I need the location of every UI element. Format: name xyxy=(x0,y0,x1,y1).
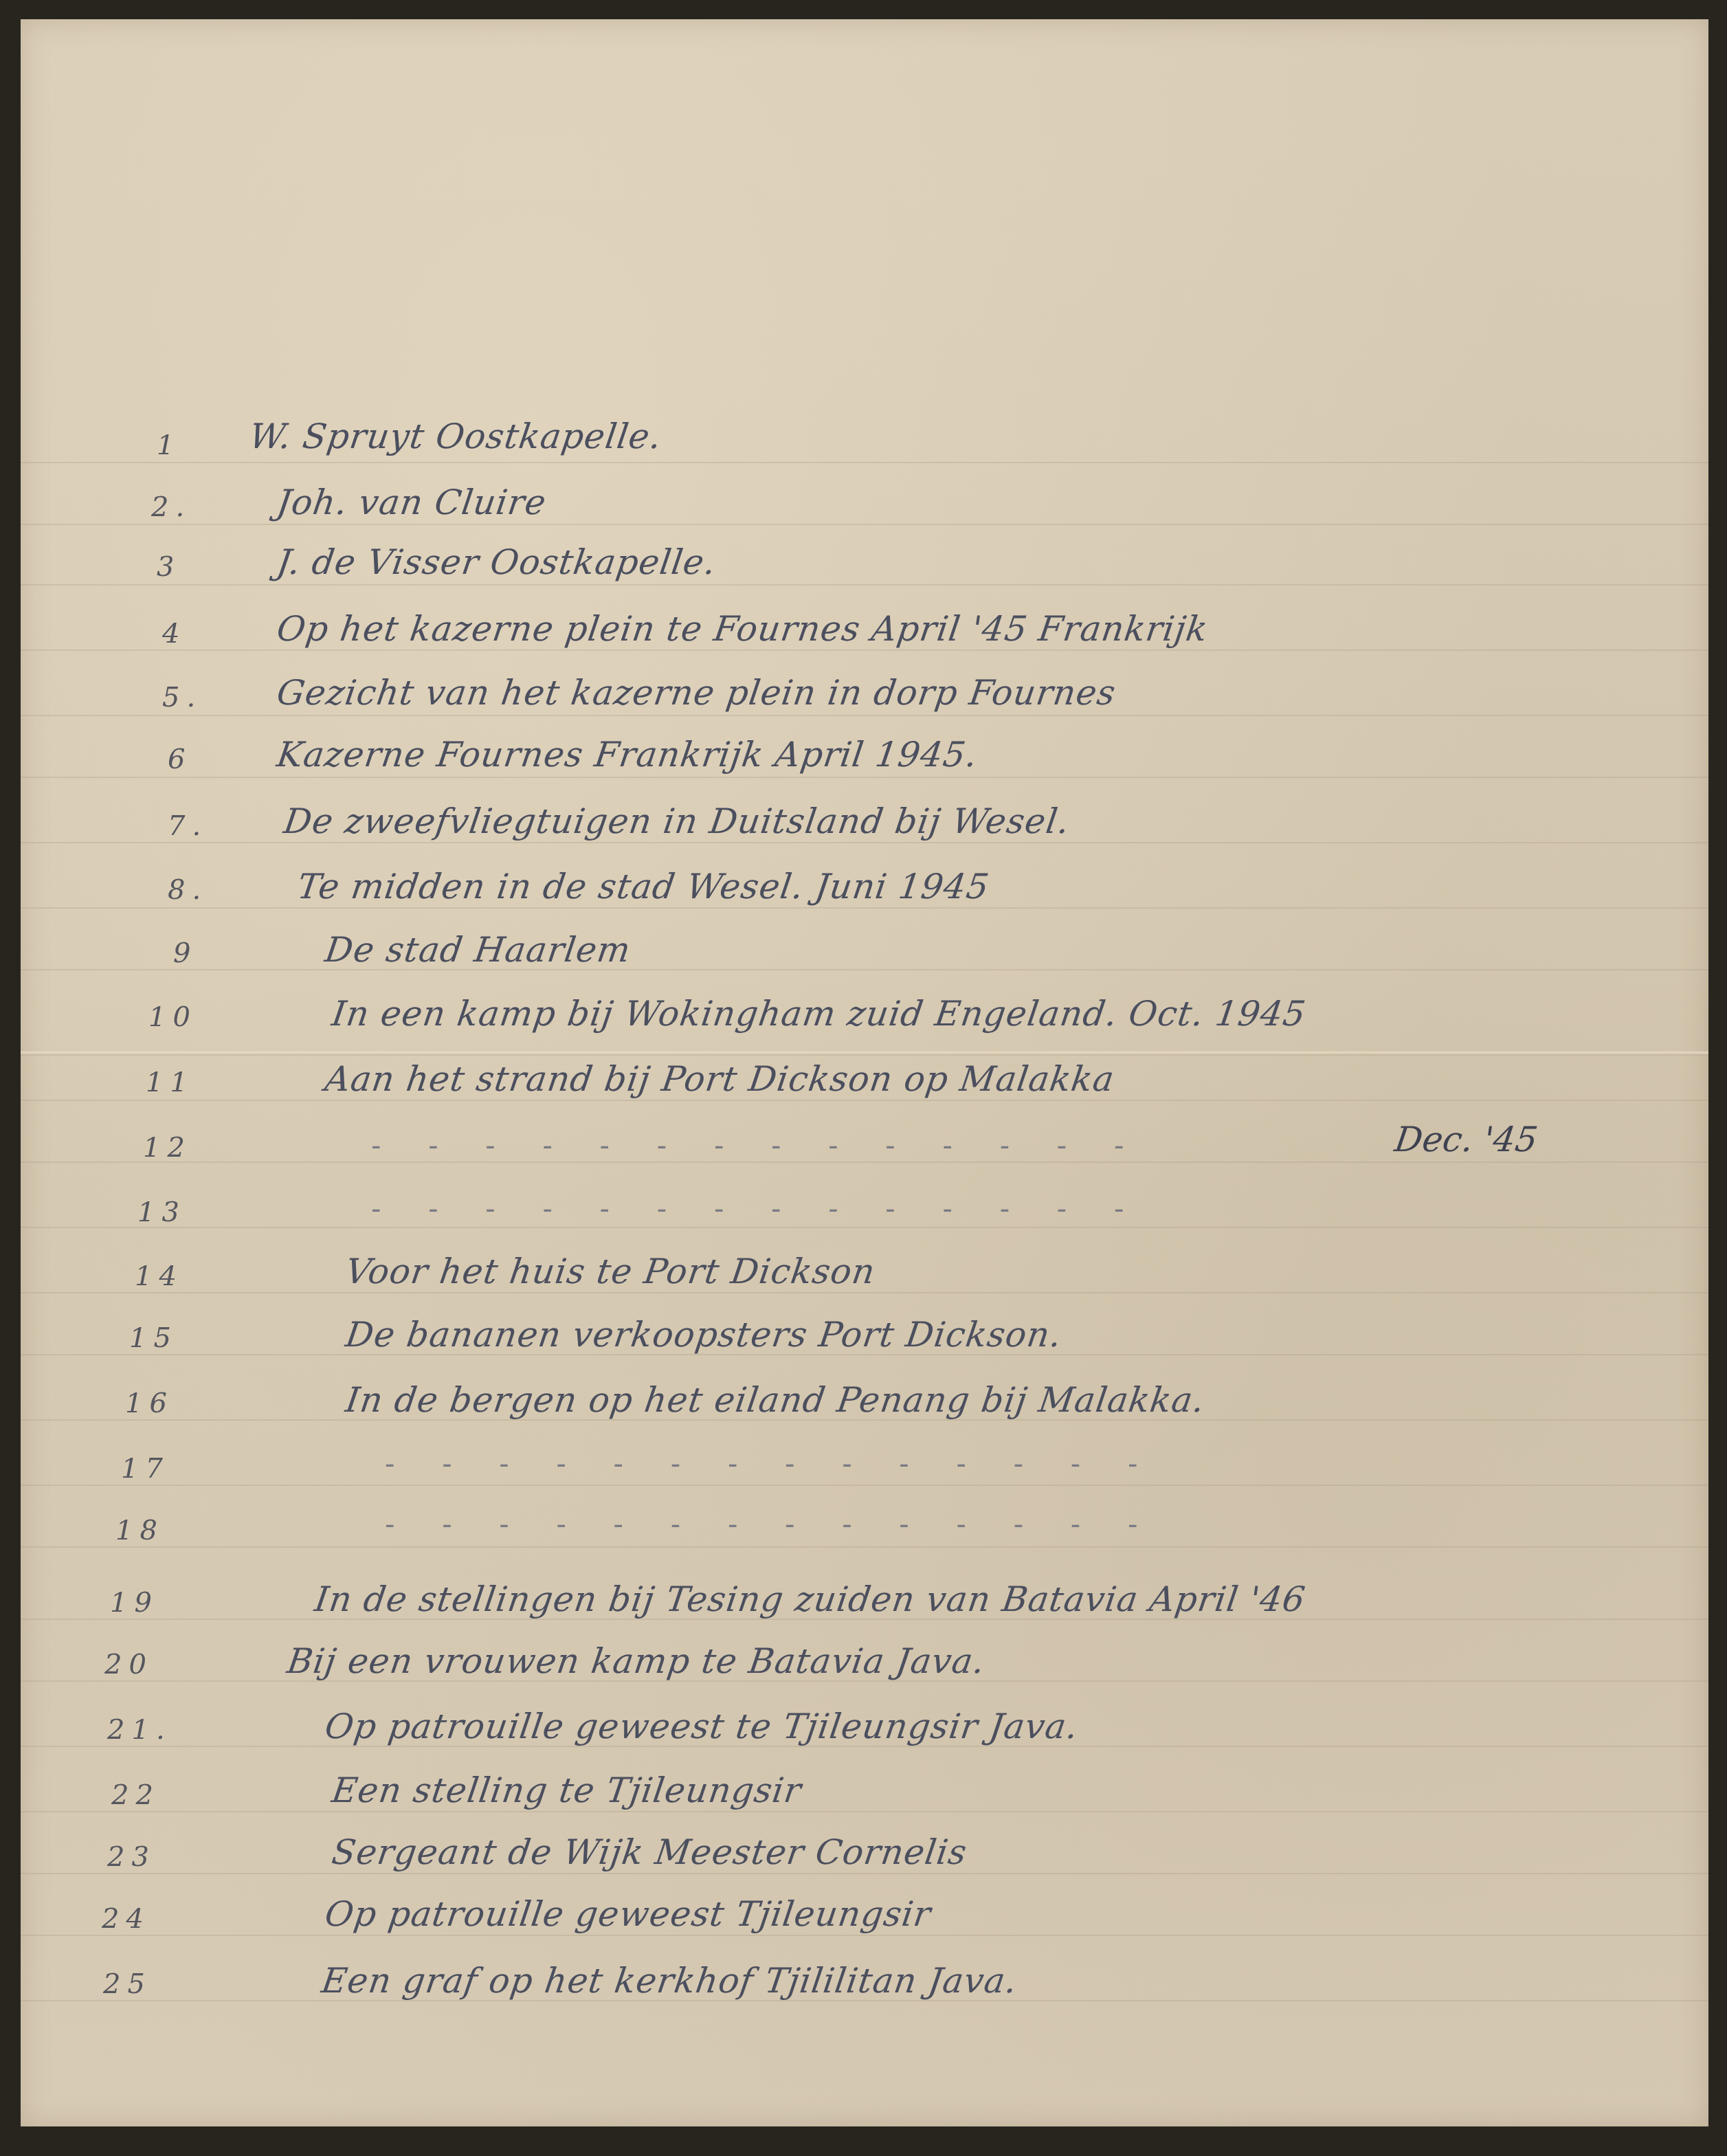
entry-text: Joh. van Cluire xyxy=(275,485,548,520)
entry-text: W. Spruyt Oostkapelle. xyxy=(247,419,664,454)
line-number: 20 xyxy=(104,1651,153,1678)
line-number: 25 xyxy=(103,1970,152,1998)
list-item: 24 Op patrouille geweest Tjileungsir xyxy=(0,1890,1727,1952)
blank-dashes: - - - - - - - - - - - - - - xyxy=(385,1451,1157,1478)
list-item: 8. Te midden in de stad Wesel. Juni 1945 xyxy=(0,863,1727,924)
entry-text: J. de Visser Oostkapelle. xyxy=(275,545,718,579)
list-item: 1 W. Spruyt Oostkapelle. xyxy=(0,419,1727,481)
entry-text: Sergeant de Wijk Meester Cornelis xyxy=(330,1835,969,1869)
line-number: 9 xyxy=(173,940,197,967)
entry-text: Voor het huis te Port Dickson xyxy=(344,1254,878,1289)
list-item: 10 In een kamp bij Wokingham zuid Engela… xyxy=(0,990,1727,1052)
entry-text: Op patrouille geweest te Tjileungsir Jav… xyxy=(323,1709,1080,1744)
line-number: 12 xyxy=(143,1134,192,1162)
entry-text: Gezicht van het kazerne plein in dorp Fo… xyxy=(275,676,1118,710)
line-number: 21. xyxy=(107,1716,172,1744)
line-number: 5. xyxy=(162,684,202,711)
scanned-page: 1 W. Spruyt Oostkapelle. 2. Joh. van Clu… xyxy=(0,0,1727,2156)
line-number: 1 xyxy=(157,432,181,459)
line-number: 15 xyxy=(129,1324,178,1352)
list-item: 13 - - - - - - - - - - - - - - xyxy=(0,1183,1727,1245)
line-number: 10 xyxy=(148,1003,197,1031)
list-item: 11 Aan het strand bij Port Dickson op Ma… xyxy=(0,1055,1727,1117)
line-number: 11 xyxy=(146,1069,194,1096)
entry-text: Op patrouille geweest Tjileungsir xyxy=(323,1897,933,1931)
line-number: 7. xyxy=(168,812,208,840)
list-item: 18 - - - - - - - - - - - - - - xyxy=(0,1502,1727,1564)
list-item: 21. Op patrouille geweest te Tjileungsir… xyxy=(0,1701,1727,1763)
list-item: 17 - - - - - - - - - - - - - - xyxy=(0,1440,1727,1502)
entry-text: In de bergen op het eiland Penang bij Ma… xyxy=(344,1383,1207,1417)
entry-text: In de stellingen bij Tesing zuiden van B… xyxy=(313,1582,1308,1616)
list-item: 20 Bij een vrouwen kamp te Batavia Java. xyxy=(0,1636,1727,1698)
list-item: 7. De zweefvliegtuigen in Duitsland bij … xyxy=(0,797,1727,859)
entry-text: Een stelling te Tjileungsir xyxy=(330,1773,804,1808)
blank-dashes: - - - - - - - - - - - - - - xyxy=(371,1196,1143,1223)
list-item: 25 Een graf op het kerkhof Tjililitan Ja… xyxy=(0,1955,1727,2017)
line-number: 23 xyxy=(107,1843,156,1871)
line-number: 4 xyxy=(162,620,186,647)
line-number: 22 xyxy=(111,1781,160,1809)
line-number: 13 xyxy=(137,1199,186,1226)
line-number: 24 xyxy=(102,1905,151,1933)
blank-dashes: - - - - - - - - - - - - - - xyxy=(385,1511,1157,1539)
entry-text: Kazerne Fournes Frankrijk April 1945. xyxy=(275,737,980,772)
list-item: 12 - - - - - - - - - - - - - - Dec. '45 xyxy=(0,1119,1727,1181)
list-item: 3 J. de Visser Oostkapelle. xyxy=(0,540,1727,601)
list-item: 9 De stad Haarlem xyxy=(0,924,1727,986)
list-item: 14 Voor het huis te Port Dickson xyxy=(0,1247,1727,1309)
entry-text: De bananen verkoopsters Port Dickson. xyxy=(344,1318,1064,1352)
list-item: 22 Een stelling te Tjileungsir xyxy=(0,1766,1727,1828)
date-annotation: Dec. '45 xyxy=(1392,1122,1539,1157)
line-number: 14 xyxy=(135,1263,183,1290)
entry-text: Op het kazerne plein te Fournes April '4… xyxy=(275,612,1210,646)
line-number: 19 xyxy=(110,1589,159,1616)
blank-dashes: - - - - - - - - - - - - - - xyxy=(371,1133,1143,1160)
entry-text: Een graf op het kerkhof Tjililitan Java. xyxy=(320,1964,1020,1998)
list-item: 23 Sergeant de Wijk Meester Cornelis xyxy=(0,1828,1727,1890)
line-number: 17 xyxy=(121,1455,170,1482)
entry-text: In een kamp bij Wokingham zuid Engeland.… xyxy=(330,997,1308,1031)
list-item: 4 Op het kazerne plein te Fournes April … xyxy=(0,606,1727,668)
list-item: 2. Joh. van Cluire xyxy=(0,480,1727,542)
line-number: 6 xyxy=(168,746,192,773)
entry-text: Te midden in de stad Wesel. Juni 1945 xyxy=(296,869,992,904)
entry-text: Aan het strand bij Port Dickson op Malak… xyxy=(323,1062,1117,1096)
line-number: 2. xyxy=(151,493,191,521)
line-number: 8. xyxy=(168,876,208,904)
line-number: 3 xyxy=(157,553,181,581)
list-item: 15 De bananen verkoopsters Port Dickson. xyxy=(0,1309,1727,1371)
list-item: 6 Kazerne Fournes Frankrijk April 1945. xyxy=(0,732,1727,794)
list-item: 19 In de stellingen bij Tesing zuiden va… xyxy=(0,1574,1727,1636)
entry-text: De stad Haarlem xyxy=(323,933,633,967)
list-item: 5. Gezicht van het kazerne plein in dorp… xyxy=(0,670,1727,732)
line-number: 16 xyxy=(125,1390,174,1417)
line-number: 18 xyxy=(115,1517,164,1544)
entry-text: Bij een vrouwen kamp te Batavia Java. xyxy=(285,1644,988,1678)
list-item: 16 In de bergen op het eiland Penang bij… xyxy=(0,1375,1727,1436)
entry-text: De zweefvliegtuigen in Duitsland bij Wes… xyxy=(282,804,1072,838)
